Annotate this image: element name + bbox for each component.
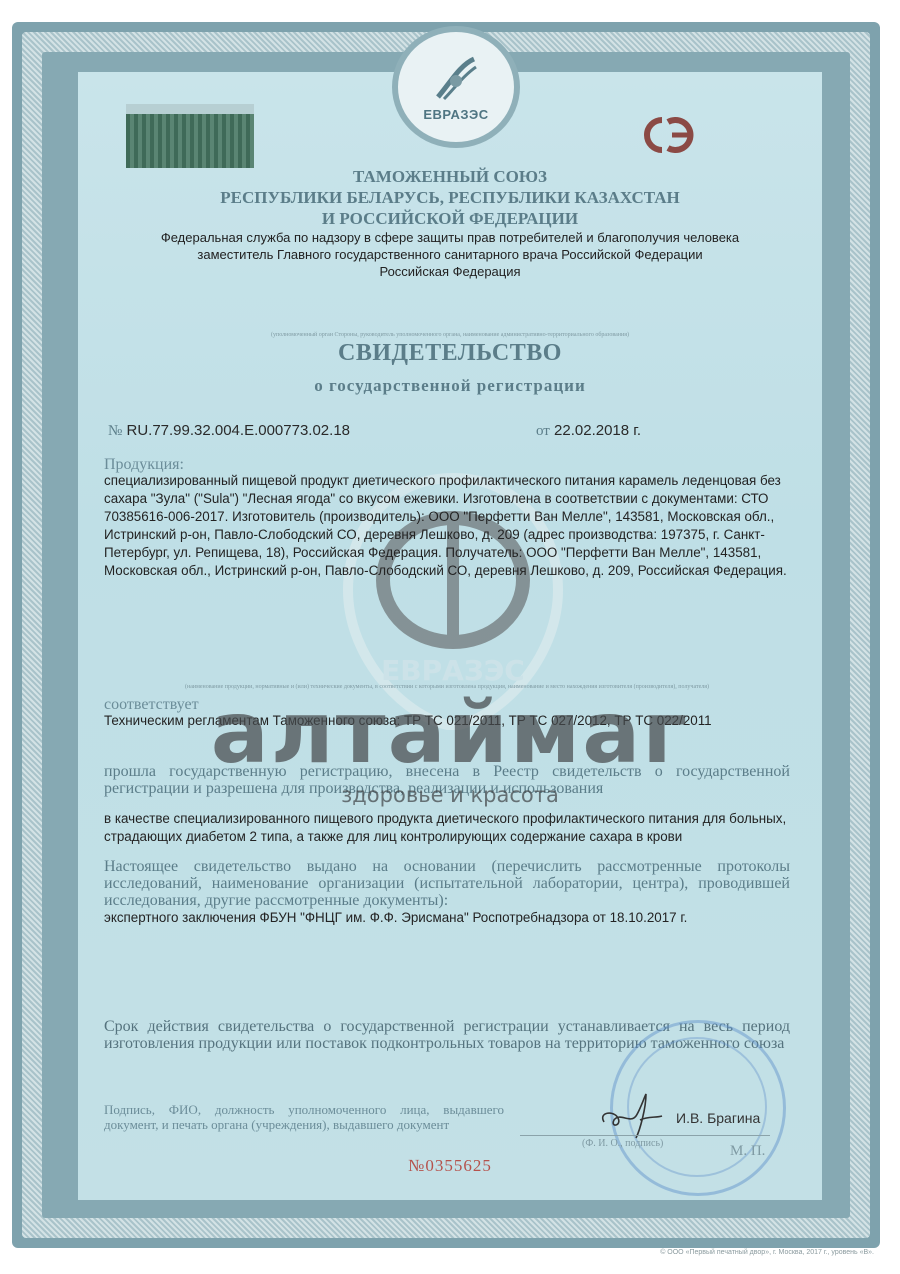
eurasec-emblem-icon [430, 53, 482, 105]
authority-line-1: Федеральная служба по надзору в сфере за… [78, 229, 822, 246]
basis-section: Настоящее свидетельство выдано на основа… [104, 858, 790, 927]
document-title: СВИДЕТЕЛЬСТВО [78, 340, 822, 367]
hologram-sticker [126, 110, 254, 168]
registration-row: № RU.77.99.32.004.E.000773.02.18 от 22.0… [108, 422, 768, 440]
eurasec-emblem: ЕВРАЗЭС [392, 26, 520, 148]
signer-name: И.В. Брагина [676, 1110, 760, 1126]
signature-label: Подпись, ФИО, должность уполномоченного … [104, 1102, 504, 1132]
union-line-1: ТАМОЖЕННЫЙ СОЮЗ [78, 166, 822, 187]
serial-number: №0355625 [0, 1156, 900, 1176]
registration-number: RU.77.99.32.004.E.000773.02.18 [126, 422, 350, 439]
signature-caption: (Ф. И. О., подпись) [582, 1138, 663, 1149]
document-subtitle: о государственной регистрации [78, 376, 822, 396]
printer-note: © ООО «Первый печатный двор», г. Москва,… [660, 1249, 874, 1256]
basis-label: Настоящее свидетельство выдано на основа… [104, 858, 790, 909]
usage-text: в качестве специализированного пищевого … [104, 810, 790, 846]
product-text: специализированный пищевой продукт диети… [104, 472, 790, 580]
authority-note: (уполномоченный орган Стороны, руководит… [78, 332, 822, 338]
watermark-tagline: здоровье и красота [0, 783, 900, 807]
watermark-brand: алтаймаг [0, 688, 900, 778]
registration-date: 22.02.2018 г. [554, 422, 641, 439]
product-section: Продукция: специализированный пищевой пр… [104, 458, 790, 580]
emblem-label: ЕВРАЗЭС [423, 107, 488, 122]
date-label: от [536, 423, 550, 439]
number-label: № [108, 423, 122, 439]
authority-line-2: заместитель Главного государственного са… [78, 246, 822, 263]
signature-line [520, 1135, 770, 1136]
union-line-2: РЕСПУБЛИКИ БЕЛАРУСЬ, РЕСПУБЛИКИ КАЗАХСТА… [78, 187, 822, 208]
header: ТАМОЖЕННЫЙ СОЮЗ РЕСПУБЛИКИ БЕЛАРУСЬ, РЕС… [78, 166, 822, 338]
union-line-3: И РОССИЙСКОЙ ФЕДЕРАЦИИ [78, 208, 822, 229]
authority-line-3: Российская Федерация [78, 263, 822, 280]
basis-text: экспертного заключения ФБУН "ФНЦГ им. Ф.… [104, 909, 790, 927]
conformity-mark-icon [638, 112, 698, 158]
product-label: Продукция: [104, 458, 790, 472]
